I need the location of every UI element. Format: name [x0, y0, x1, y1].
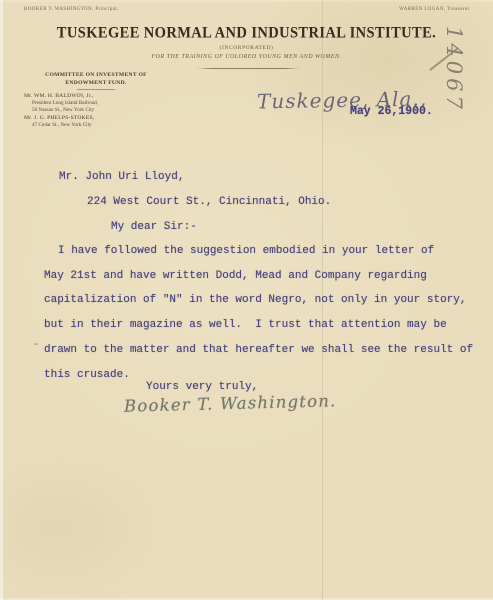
motto-line: FOR THE TRAINING OF COLORED YOUNG MEN AN…	[0, 54, 493, 60]
committee-member-name: Mr. J. G. PHELPS-STOKES,	[24, 115, 172, 122]
body-line: drawn to the matter and that hereafter w…	[44, 338, 472, 363]
typed-date: May 26,1900.	[350, 105, 433, 118]
recipient-name-line: Mr. John Uri Lloyd,	[59, 171, 184, 183]
principal-imprint: BOOKER T. WASHINGTON, Principal.	[24, 7, 119, 12]
institute-title: TUSKEGEE NORMAL AND INDUSTRIAL INSTITUTE…	[0, 24, 493, 42]
ornament-divider	[196, 68, 300, 69]
body-line: but in their magazine as well. I trust t…	[44, 313, 472, 338]
committee-block: COMMITTEE ON INVESTMENT OF ENDOWMENT FUN…	[20, 72, 172, 129]
committee-divider	[77, 89, 115, 90]
closing-line: Yours very truly,	[146, 381, 258, 393]
committee-member-detail: 50 Nassau St., New York City	[32, 107, 172, 114]
committee-member-detail: 47 Cedar St., New York City	[32, 122, 172, 129]
recipient-address-line: 224 West Court St., Cincinnati, Ohio.	[87, 196, 331, 208]
handwritten-catalog-number: 14067	[442, 26, 466, 113]
incorporated-line: (INCORPORATED)	[0, 45, 493, 51]
letter-body: I have followed the suggestion embodied …	[44, 239, 472, 387]
committee-member-name: Mr. WM. H. BALDWIN, Jr.,	[24, 93, 172, 100]
stray-margin-mark: -	[33, 339, 40, 351]
scanned-letter-page: BOOKER T. WASHINGTON, Principal. WARREN …	[0, 0, 493, 600]
body-line: capitalization of "N" in the word Negro,…	[44, 288, 472, 313]
committee-heading: COMMITTEE ON INVESTMENT OF	[20, 72, 172, 80]
committee-member-detail: President Long Island Railroad,	[32, 100, 172, 107]
treasurer-imprint: WARREN LOGAN, Treasurer.	[399, 7, 471, 12]
body-line: May 21st and have written Dodd, Mead and…	[44, 264, 472, 289]
handwritten-signature: Booker T. Washington.	[124, 391, 337, 416]
salutation-line: My dear Sir:-	[111, 221, 197, 233]
committee-heading: ENDOWMENT FUND.	[20, 80, 172, 88]
body-line: I have followed the suggestion embodied …	[44, 239, 472, 264]
